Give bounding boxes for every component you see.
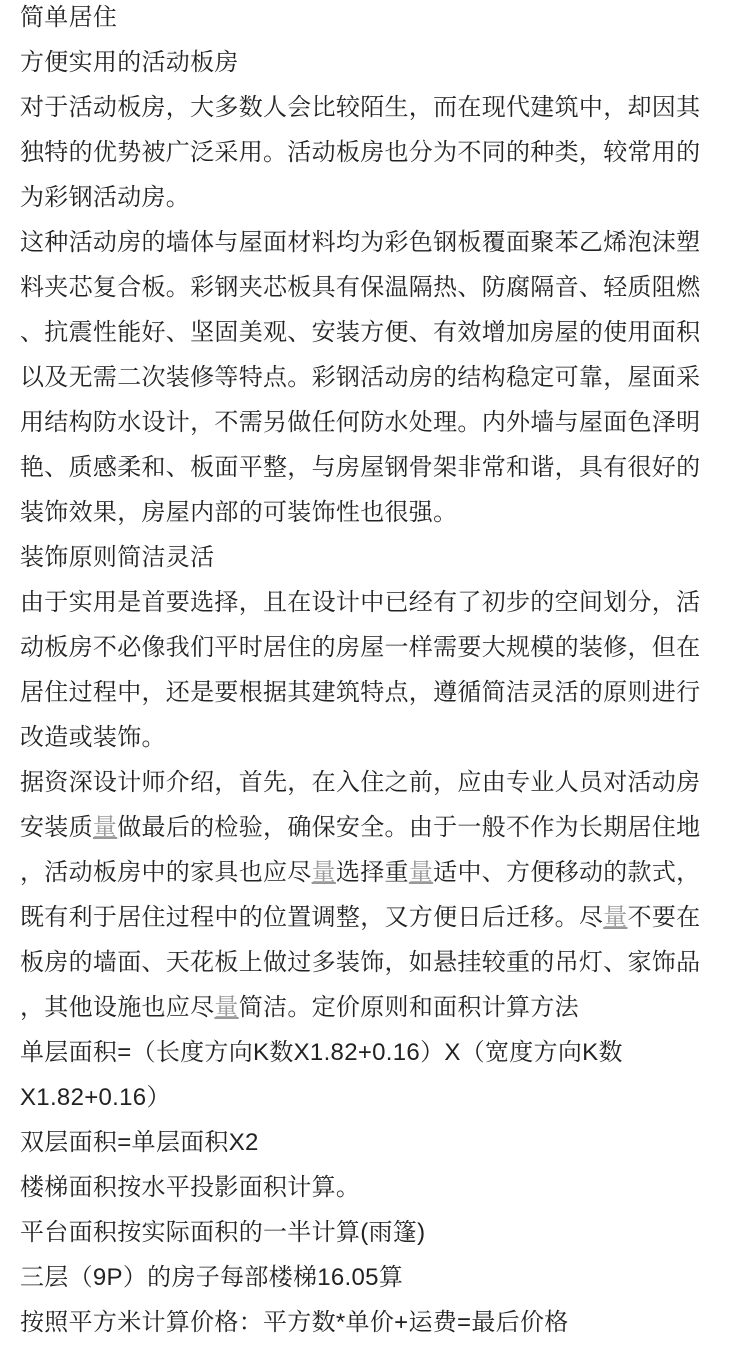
keyword-link[interactable]: 量 (93, 814, 117, 841)
text-run: 独特的优势被广泛采用。活动板房也分为不同的种类，较常用的 (20, 139, 700, 166)
text-run: 装饰效果，房屋内部的可装饰性也很强。 (20, 499, 457, 526)
keyword-link[interactable]: 量 (312, 859, 336, 886)
text-run: 据资深设计师介绍，首先，在入住之前，应由专业人员对活动房 (20, 769, 700, 796)
para-three-floor-stairs: 三层（9P）的房子每部楼梯16.05算 (20, 1255, 740, 1300)
text-run: 用结构防水设计，不需另做任何防水处理。内外墙与屋面色泽明 (20, 409, 700, 436)
para-decor-principle: 由于实用是首要选择，且在设计中已经有了初步的空间划分，活动板房不必像我们平时居住… (20, 580, 740, 760)
text-run: 为彩钢活动房。 (20, 184, 190, 211)
text-run: ，其他设施也应尽 (20, 994, 214, 1021)
text-run: 选择重 (336, 859, 409, 886)
text-run: 板房的墙面、天花板上做过多装饰，如悬挂较重的吊灯、家饰品 (20, 949, 700, 976)
text-run: 由于实用是首要选择，且在设计中已经有了初步的空间划分，活 (20, 589, 700, 616)
text-run: 适中、方便移动的款式， (433, 859, 700, 886)
text-run: 这种活动房的墙体与屋面材料均为彩色钢板覆面聚苯乙烯泡沫塑 (20, 229, 700, 256)
text-run: 平台面积按实际面积的一半计算(雨篷) (20, 1219, 425, 1246)
text-run: 简单居住 (20, 4, 117, 31)
text-run: 安装质 (20, 814, 93, 841)
para-price-formula: 按照平方米计算价格：平方数*单价+运费=最后价格 (20, 1300, 740, 1345)
text-run: 居住过程中，还是要根据其建筑特点，遵循简洁灵活的原则进行 (20, 679, 700, 706)
text-run: X1.82+0.16） (20, 1084, 171, 1111)
text-run: 既有利于居住过程中的位置调整，又方便日后迁移。尽 (20, 904, 603, 931)
text-run: 单层面积=（长度方向K数X1.82+0.16）X（宽度方向K数 (20, 1039, 623, 1066)
text-run: 楼梯面积按水平投影面积计算。 (20, 1174, 360, 1201)
text-run: 不要在 (628, 904, 701, 931)
para-designer-advice: 据资深设计师介绍，首先，在入住之前，应由专业人员对活动房安装质量做最后的检验，确… (20, 760, 740, 1030)
text-run: 以及无需二次装修等特点。彩钢活动房的结构稳定可靠，屋面采 (20, 364, 700, 391)
text-run: 对于活动板房，大多数人会比较陌生，而在现代建筑中，却因其 (20, 94, 700, 121)
para-subtitle: 方便实用的活动板房 (20, 40, 740, 85)
para-material-features: 这种活动房的墙体与屋面材料均为彩色钢板覆面聚苯乙烯泡沫塑料夹芯复合板。彩钢夹芯板… (20, 220, 740, 535)
keyword-link[interactable]: 量 (214, 994, 238, 1021)
article-body: 简单居住 方便实用的活动板房 对于活动板房，大多数人会比较陌生，而在现代建筑中，… (0, 0, 750, 1345)
para-stairs-area: 楼梯面积按水平投影面积计算。 (20, 1165, 740, 1210)
text-run: 三层（9P）的房子每部楼梯16.05算 (20, 1264, 403, 1291)
keyword-link[interactable]: 量 (409, 859, 433, 886)
text-run: 按照平方米计算价格：平方数*单价+运费=最后价格 (20, 1309, 569, 1336)
text-run: 改造或装饰。 (20, 724, 166, 751)
text-run: 简洁。定价原则和面积计算方法 (239, 994, 579, 1021)
para-title: 简单居住 (20, 0, 740, 40)
text-run: ，活动板房中的家具也应尽 (20, 859, 312, 886)
para-intro: 对于活动板房，大多数人会比较陌生，而在现代建筑中，却因其独特的优势被广泛采用。活… (20, 85, 740, 220)
para-area-formula-single: 单层面积=（长度方向K数X1.82+0.16）X（宽度方向K数X1.82+0.1… (20, 1030, 740, 1120)
keyword-link[interactable]: 量 (603, 904, 627, 931)
text-run: 做最后的检验，确保安全。由于一般不作为长期居住地 (117, 814, 700, 841)
text-run: 方便实用的活动板房 (20, 49, 239, 76)
para-area-formula-double: 双层面积=单层面积X2 (20, 1120, 740, 1165)
text-run: 、抗震性能好、坚固美观、安装方便、有效增加房屋的使用面积 (20, 319, 700, 346)
para-decor-principle-title: 装饰原则简洁灵活 (20, 535, 740, 580)
text-run: 装饰原则简洁灵活 (20, 544, 214, 571)
page: { "colors": { "background": "#ffffff", "… (0, 0, 750, 1369)
text-run: 动板房不必像我们平时居住的房屋一样需要大规模的装修，但在 (20, 634, 700, 661)
text-run: 双层面积=单层面积X2 (20, 1129, 259, 1156)
para-platform-area: 平台面积按实际面积的一半计算(雨篷) (20, 1210, 740, 1255)
text-run: 料夹芯复合板。彩钢夹芯板具有保温隔热、防腐隔音、轻质阻燃 (20, 274, 700, 301)
text-run: 艳、质感柔和、板面平整，与房屋钢骨架非常和谐，具有很好的 (20, 454, 700, 481)
